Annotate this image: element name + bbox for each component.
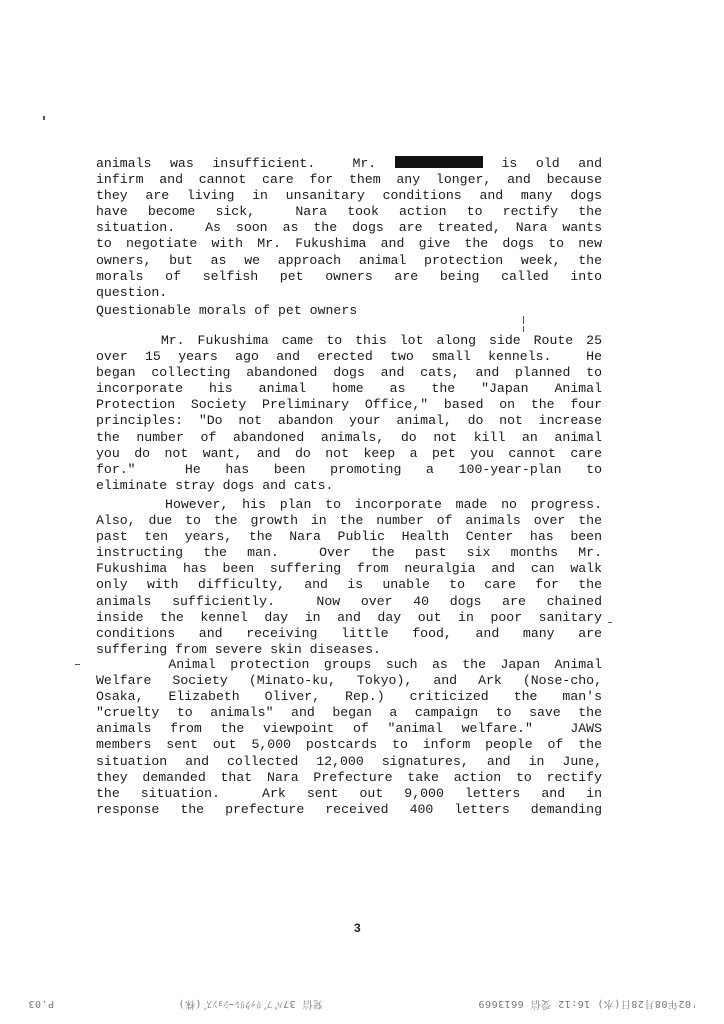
scan-speck	[608, 622, 612, 623]
text-line: Animal protection groups such as the Jap…	[96, 657, 602, 673]
text-line: However, his plan to incorporate made no…	[96, 497, 602, 513]
text-line: instructing the man. Over the past six m…	[96, 545, 602, 561]
text-line: morals of selfish pet owners are being c…	[96, 269, 602, 285]
scan-speck	[75, 664, 80, 665]
text-line: over 15 years ago and erected two small …	[96, 349, 602, 365]
section-heading: Questionable morals of pet owners	[96, 303, 357, 318]
text-line: past ten years, the Nara Public Health C…	[96, 529, 602, 545]
text-line: you do not want, and do not keep a pet y…	[96, 446, 602, 462]
text-line: animals sufficiently. Now over 40 dogs a…	[96, 594, 602, 610]
text-line: they are living in unsanitary conditions…	[96, 188, 602, 204]
text-line: only with difficulty, and is unable to c…	[96, 577, 602, 593]
text-line: to negotiate with Mr. Fukushima and give…	[96, 236, 602, 252]
paragraph-4: Animal protection groups such as the Jap…	[96, 657, 602, 818]
scan-speck	[523, 316, 524, 324]
fax-header-page: P.03	[28, 998, 54, 1009]
text-line: incorporate his animal home as the "Japa…	[96, 381, 602, 397]
document-page: animals was insufficient. Mr. is old and…	[0, 0, 724, 1024]
fax-header-sender: 発信 37ﾊﾟﾌﾞﾘｯｸﾘﾚｰｼｮﾝｽﾞ(株)	[178, 998, 323, 1013]
text-line: question.	[96, 285, 602, 301]
text-line: Fukushima has been suffering from neural…	[96, 561, 602, 577]
text-line: Also, due to the growth in the number of…	[96, 513, 602, 529]
text-line: "cruelty to animals" and began a campaig…	[96, 705, 602, 721]
text-line: the situation. Ark sent out 9,000 letter…	[96, 786, 602, 802]
text-line: Mr. Fukushima came to this lot along sid…	[96, 333, 602, 349]
scan-speck	[523, 326, 524, 332]
text-line: animals from the viewpoint of "animal we…	[96, 721, 602, 737]
text-line: members sent out 5,000 postcards to info…	[96, 737, 602, 753]
text-line: have become sick, Nara took action to re…	[96, 204, 602, 220]
text-line: they demanded that Nara Prefecture take …	[96, 770, 602, 786]
text-line: animals was insufficient. Mr. is old and	[96, 156, 602, 172]
text-line: response the prefecture received 400 let…	[96, 802, 602, 818]
text-line: for." He has been promoting a 100-year-p…	[96, 462, 602, 478]
text-line: Protection Society Preliminary Office," …	[96, 397, 602, 413]
text-line: the number of abandoned animals, do not …	[96, 430, 602, 446]
scan-speck	[43, 116, 45, 120]
fax-header-received: '02年08月28日(水) 16:12 受信 6613669	[478, 998, 698, 1013]
text-line: principles: "Do not abandon your animal,…	[96, 413, 602, 429]
paragraph-1: animals was insufficient. Mr. is old and…	[96, 156, 602, 301]
text-line: conditions and receiving little food, an…	[96, 626, 602, 642]
text-line: Welfare Society (Minato-ku, Tokyo), and …	[96, 673, 602, 689]
text-line: suffering from severe skin diseases.	[96, 642, 602, 658]
paragraph-3: However, his plan to incorporate made no…	[96, 497, 602, 658]
text-line: infirm and cannot care for them any long…	[96, 172, 602, 188]
redaction-bar	[395, 156, 483, 168]
text-line: situation and collected 12,000 signature…	[96, 754, 602, 770]
page-number: 3	[354, 921, 361, 935]
text-line: Osaka, Elizabeth Oliver, Rep.) criticize…	[96, 689, 602, 705]
text-line: situation. As soon as the dogs are treat…	[96, 220, 602, 236]
paragraph-2: Mr. Fukushima came to this lot along sid…	[96, 333, 602, 494]
text-line: owners, but as we approach animal protec…	[96, 253, 602, 269]
text-line: inside the kennel day in and day out in …	[96, 610, 602, 626]
text-line: eliminate stray dogs and cats.	[96, 478, 602, 494]
text-line: began collecting abandoned dogs and cats…	[96, 365, 602, 381]
